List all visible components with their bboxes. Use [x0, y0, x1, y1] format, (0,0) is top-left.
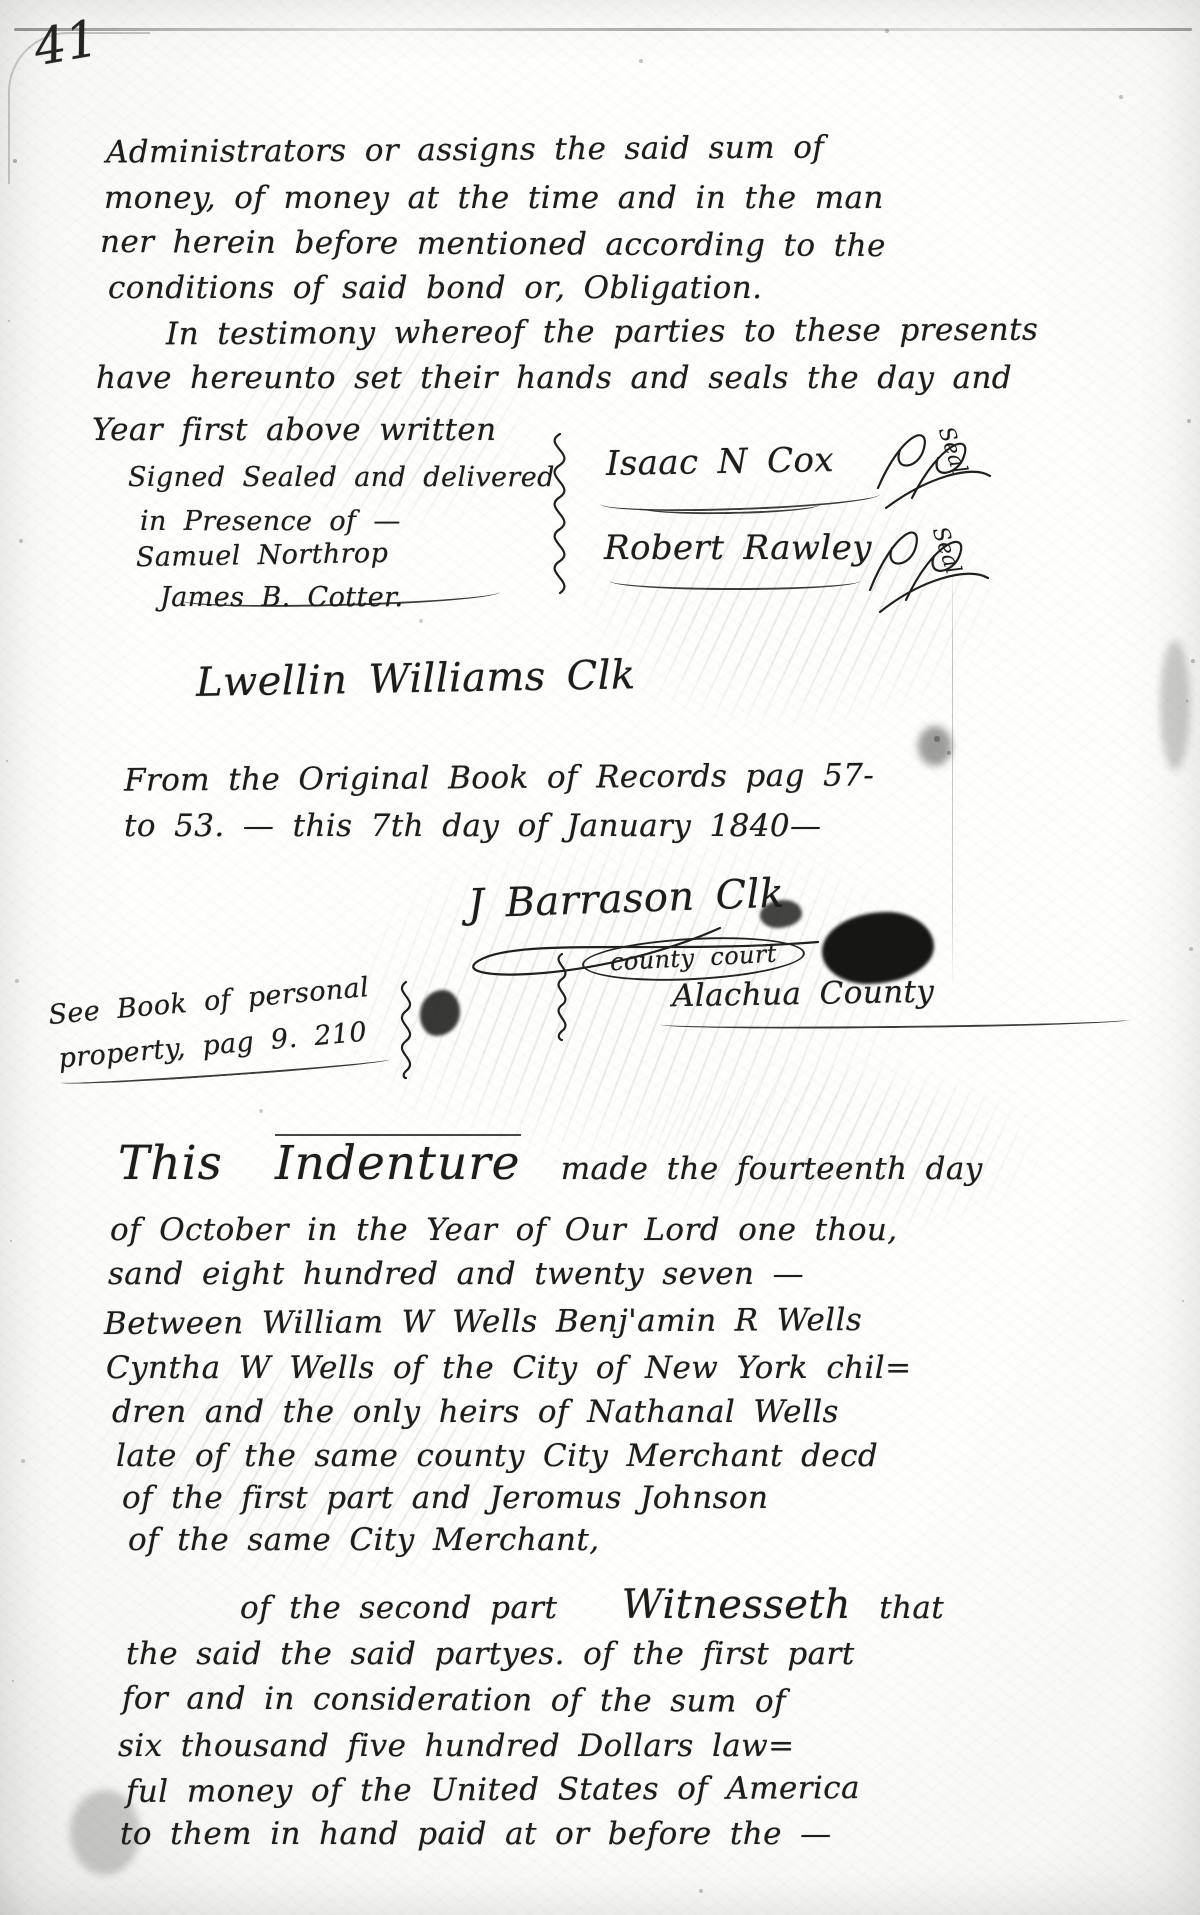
seal-flourish-icon	[856, 512, 996, 622]
signature-underline	[610, 572, 860, 590]
signer-signature: Robert Rawley	[604, 528, 872, 568]
manuscript-line: late of the same county City Merchant de…	[116, 1438, 878, 1474]
opening-rest: made the fourteenth day	[561, 1151, 983, 1187]
manuscript-line: Cyntha W Wells of the City of New York c…	[106, 1350, 912, 1386]
paper-fold-line	[952, 560, 953, 990]
scan-smudge	[918, 726, 952, 766]
manuscript-line: conditions of said bond or, Obligation.	[108, 270, 762, 306]
opening-word: This	[118, 1136, 223, 1191]
clerk-attestation-signature: Lwellin Williams Clk	[196, 652, 636, 706]
manuscript-line: have hereunto set their hands and seals …	[96, 360, 1012, 396]
scanned-deed-page: 41 Administrators or assigns the said su…	[0, 0, 1200, 1915]
manuscript-line: In testimony whereof the parties to thes…	[166, 312, 1038, 353]
clerk-office: county court	[582, 938, 805, 980]
manuscript-line: for and in consideration of the sum of	[122, 1680, 786, 1719]
witnesseth-word: Witnesseth	[622, 1582, 851, 1628]
manuscript-line: of the first part and Jeromus Johnson	[122, 1480, 768, 1516]
presence-line: in Presence of —	[140, 506, 401, 537]
witnesseth-line: of the second part Witnesseth that	[240, 1582, 944, 1628]
manuscript-line: to them in hand paid at or before the —	[120, 1816, 831, 1852]
witnesseth-pre: of the second part	[240, 1590, 557, 1626]
scan-edge-line	[14, 28, 1192, 31]
manuscript-line: to 53. — this 7th day of January 1840—	[124, 808, 821, 844]
manuscript-line: Administrators or assigns the said sum o…	[106, 129, 824, 170]
signer-signature: Isaac N Cox	[606, 440, 835, 484]
brace-squiggle-icon	[548, 952, 574, 1042]
brace-squiggle-icon	[390, 980, 420, 1080]
clerk-county: Alachua County	[672, 974, 935, 1015]
manuscript-line: Year first above written	[92, 412, 497, 448]
manuscript-line: ner herein before mentioned according to…	[100, 224, 886, 264]
scan-smudge	[1160, 640, 1190, 770]
manuscript-line: money, of money at the time and in the m…	[104, 180, 884, 216]
brace-squiggle-icon	[540, 432, 576, 602]
manuscript-line: of the same City Merchant,	[128, 1522, 599, 1558]
indenture-opening-line: This Indenture made the fourteenth day	[118, 1136, 983, 1191]
manuscript-line: From the Original Book of Records pag 57…	[124, 757, 874, 798]
manuscript-line: dren and the only heirs of Nathanal Well…	[112, 1394, 839, 1430]
manuscript-line: of October in the Year of Our Lord one t…	[110, 1212, 898, 1248]
manuscript-line: Between William W Wells Benj'amin R Well…	[104, 1302, 862, 1342]
manuscript-line: ful money of the United States of Americ…	[126, 1770, 860, 1810]
manuscript-line: six thousand five hundred Dollars law=	[118, 1728, 795, 1764]
county-underline	[660, 1014, 1130, 1031]
ink-blot	[420, 990, 460, 1036]
page-number: 41	[29, 9, 103, 77]
witness-signature: Samuel Northrop	[136, 538, 389, 573]
scan-speckles	[0, 0, 2, 2]
clerk-signature: J Barrason Clk	[467, 870, 785, 927]
opening-word: Indenture	[275, 1134, 520, 1191]
witnesseth-post: that	[879, 1590, 944, 1626]
manuscript-line: sand eight hundred and twenty seven —	[108, 1256, 804, 1292]
attestation-line: Signed Sealed and delivered	[128, 462, 555, 493]
manuscript-line: the said the said partyes. of the first …	[126, 1636, 855, 1672]
